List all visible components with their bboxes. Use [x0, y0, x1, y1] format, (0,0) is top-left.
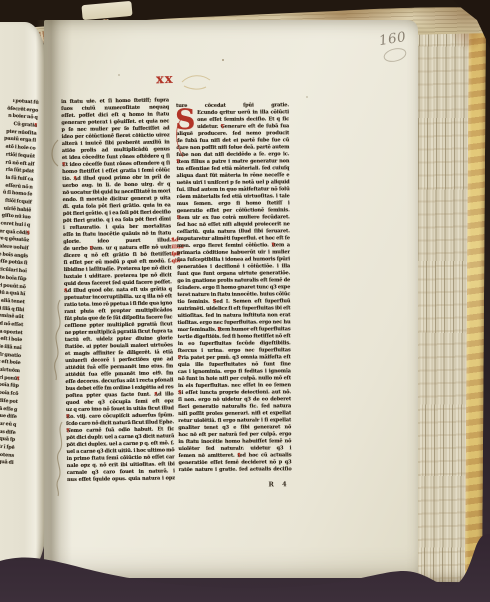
- background-bottom: [0, 0, 490, 602]
- photograph-of-open-incunabulum: ı potuat ſūōſecrēt ergon boier nō q¶ Cū …: [0, 0, 490, 602]
